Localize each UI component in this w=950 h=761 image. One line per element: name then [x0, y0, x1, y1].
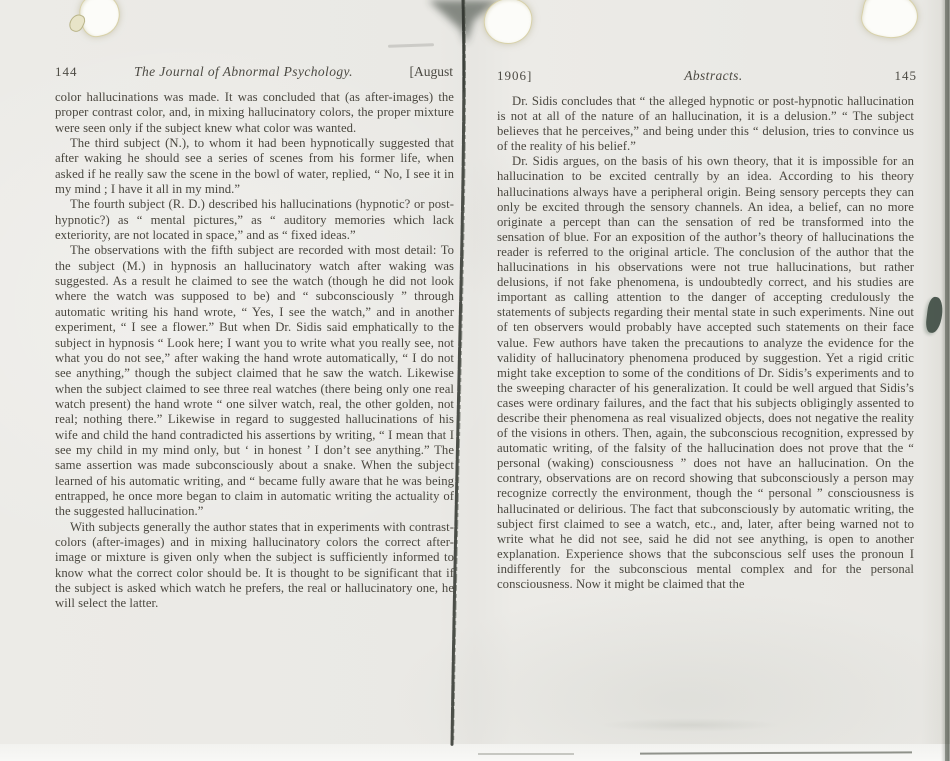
scanned-book-spread: 144 The Journal of Abnormal Psychology. … [0, 0, 950, 761]
binding-gutter-line [0, 0, 950, 761]
